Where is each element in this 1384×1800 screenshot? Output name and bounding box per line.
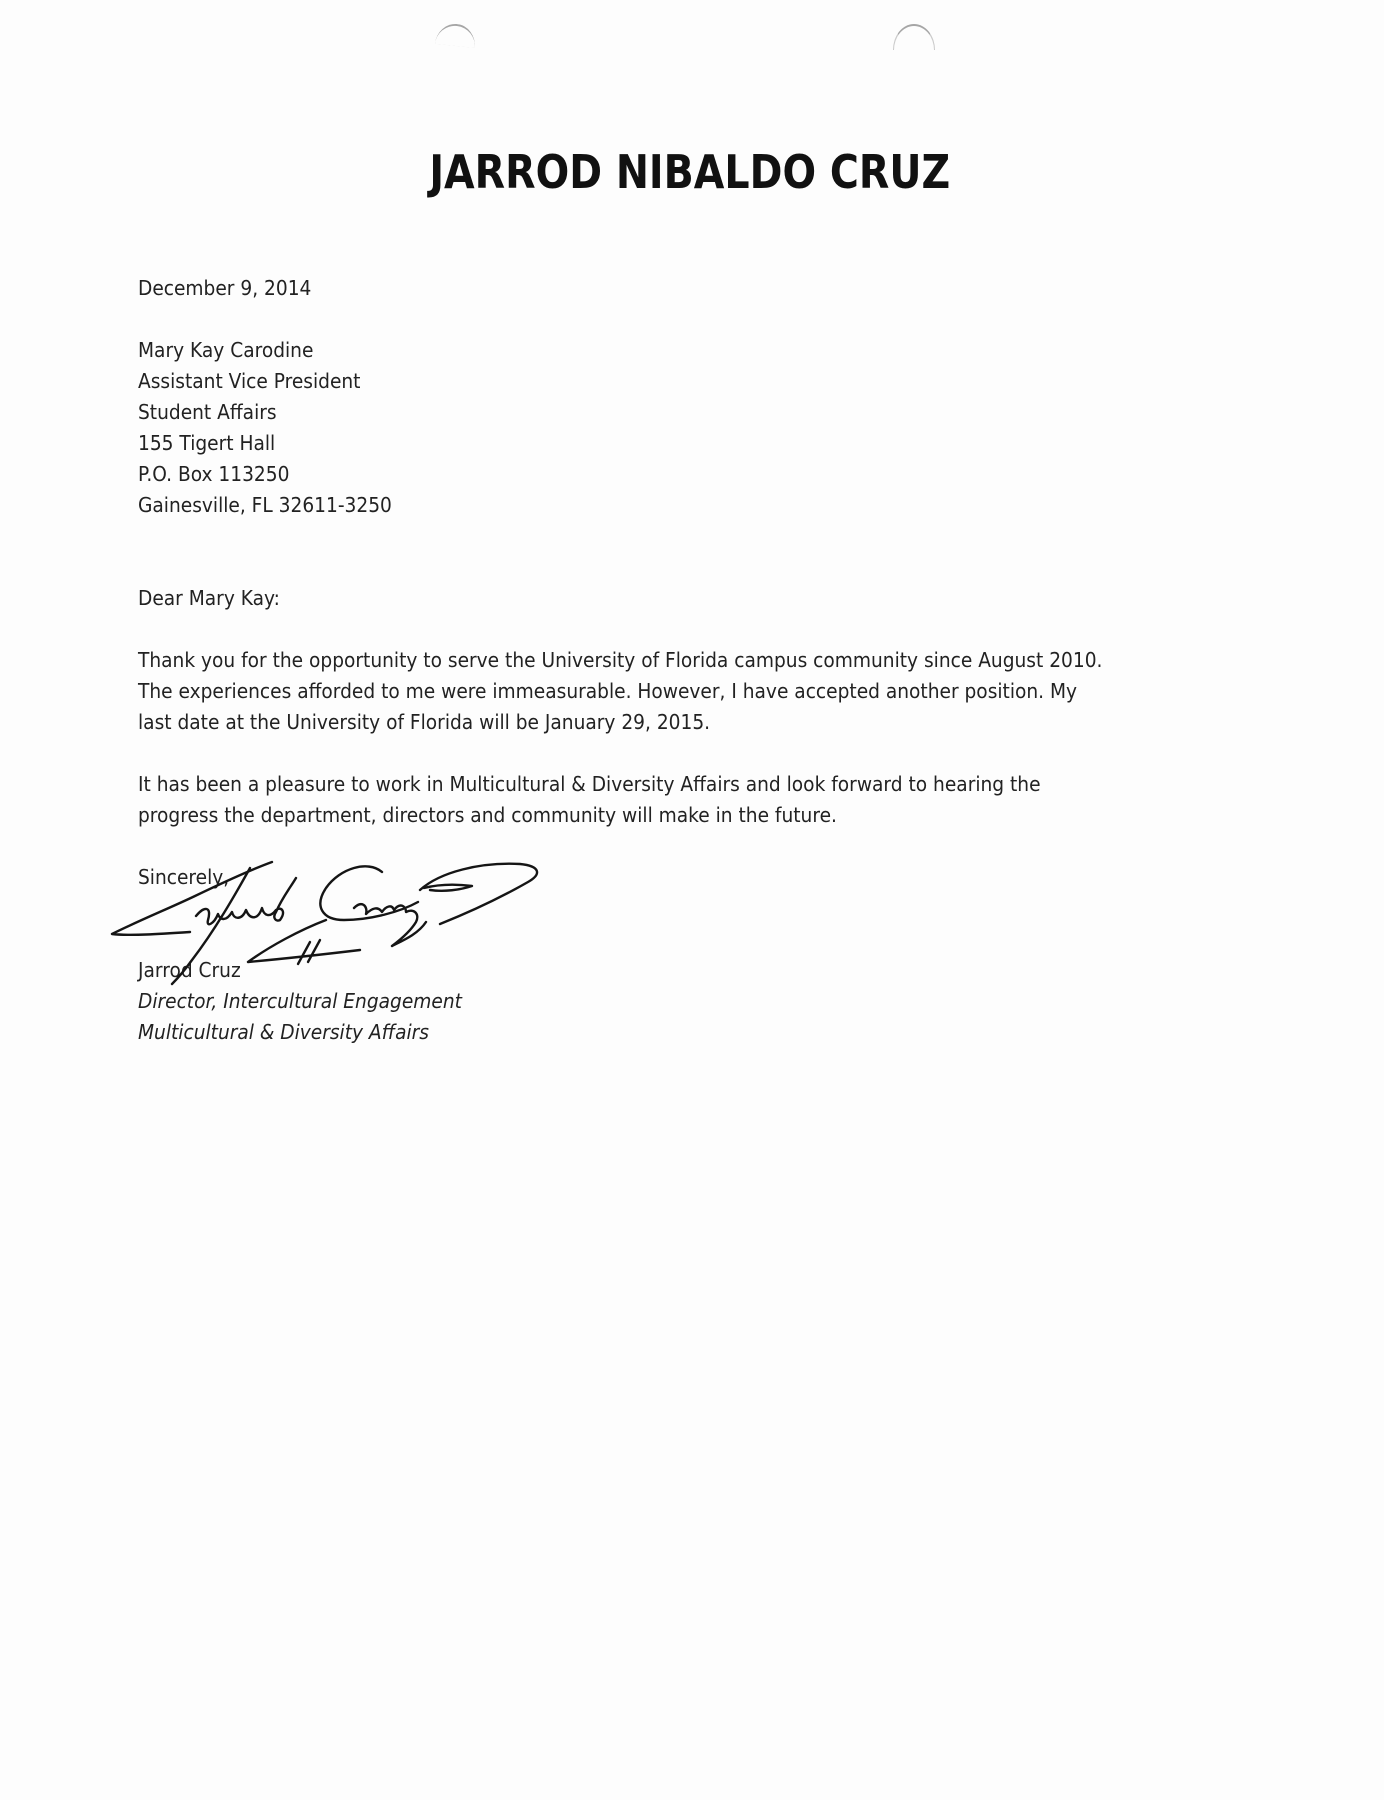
letter-date: December 9, 2014 <box>138 273 311 304</box>
punch-hole-mark-icon <box>893 24 935 50</box>
recipient-name: Mary Kay Carodine <box>138 335 392 366</box>
salutation: Dear Mary Kay: <box>138 583 280 614</box>
letterhead-name: JARROD NIBALDO CRUZ <box>95 145 1285 199</box>
signer-title: Director, Intercultural Engagement <box>138 986 462 1017</box>
paragraph-line: last date at the University of Florida w… <box>138 707 1102 738</box>
paragraph-line: progress the department, directors and c… <box>138 800 1041 831</box>
signer-name: Jarrod Cruz <box>138 955 241 986</box>
body-paragraph: Thank you for the opportunity to serve t… <box>138 645 1102 738</box>
paragraph-line: Thank you for the opportunity to serve t… <box>138 645 1102 676</box>
signer-department: Multicultural & Diversity Affairs <box>138 1017 429 1048</box>
closing: Sincerely, <box>138 862 229 893</box>
paragraph-line: It has been a pleasure to work in Multic… <box>138 769 1041 800</box>
recipient-title: Assistant Vice President <box>138 366 392 397</box>
recipient-po-box: P.O. Box 113250 <box>138 459 392 490</box>
punch-hole-mark-icon <box>435 22 477 48</box>
body-paragraph: It has been a pleasure to work in Multic… <box>138 769 1041 831</box>
recipient-street: 155 Tigert Hall <box>138 428 392 459</box>
letter-page: JARROD NIBALDO CRUZ December 9, 2014 Mar… <box>0 0 1384 1800</box>
recipient-address: Mary Kay Carodine Assistant Vice Preside… <box>138 335 392 521</box>
paragraph-line: The experiences afforded to me were imme… <box>138 676 1102 707</box>
recipient-department: Student Affairs <box>138 397 392 428</box>
recipient-city-state-zip: Gainesville, FL 32611-3250 <box>138 490 392 521</box>
